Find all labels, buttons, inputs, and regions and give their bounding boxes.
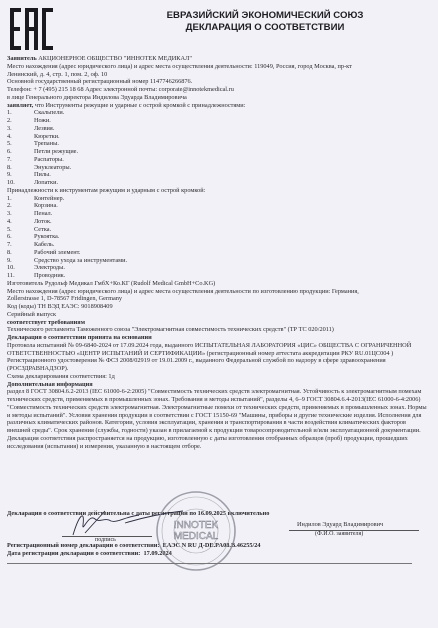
tn-ved-code: Код (коды) ТН ВЭД ЕАЭС: 9018908409 <box>7 303 427 311</box>
applicant-contacts: Телефон: + 7 (495) 215 18 68 Адрес элект… <box>7 86 427 94</box>
serial-release: Серийный выпуск <box>7 311 427 319</box>
requirements-heading: соответствует требованиям <box>7 319 427 327</box>
list-item: 4.Кюретки. <box>7 133 427 141</box>
list-item: 8.Энуклеаторы. <box>7 164 427 172</box>
svg-text:INNOTEK: INNOTEK <box>174 520 219 531</box>
list-item: 6.Рукоятка. <box>7 233 427 241</box>
name-caption: (Ф.И.О. заявителя) <box>315 531 363 539</box>
union-title: ЕВРАЗИЙСКИЙ ЭКОНОМИЧЕСКИЙ СОЮЗ <box>120 10 410 22</box>
accessories-heading: Принадлежности к инструментам режущим и … <box>7 187 427 195</box>
accessory-list: 1.Контейнер. 2.Корзина. 3.Пенал. 4.Лоток… <box>7 195 427 280</box>
list-item: 1.Скальпели. <box>7 109 427 117</box>
declaration-page: ЕВРАЗИЙСКИЙ ЭКОНОМИЧЕСКИЙ СОЮЗ ДЕКЛАРАЦИ… <box>0 0 438 628</box>
instrument-list: 1.Скальпели. 2.Ножи. 3.Лезвия. 4.Кюретки… <box>7 109 427 187</box>
list-item: 9.Пилы. <box>7 171 427 179</box>
list-item: 10.Лопатки. <box>7 179 427 187</box>
list-item: 5.Трепаны. <box>7 140 427 148</box>
list-item: 3.Лезвия. <box>7 125 427 133</box>
list-item: 9.Средство ухода за инструментами. <box>7 257 427 265</box>
manufacturer-line: Изготовитель Рудольф Медикал ГмбХ+Ко.КГ … <box>7 280 427 288</box>
svg-text:MEDICAL: MEDICAL <box>174 531 219 542</box>
list-item: 3.Пенал. <box>7 210 427 218</box>
signatory-name: Индилов Эдуард Владимирович <box>297 521 383 529</box>
list-item: 1.Контейнер. <box>7 195 427 203</box>
applicant-line: Заявитель АКЦИОНЕРНОЕ ОБЩЕСТВО "ИННОТЕК … <box>7 55 427 63</box>
list-item: 7.Кабель. <box>7 241 427 249</box>
applicant-ogrn: Основной государственный регистрационный… <box>7 78 427 86</box>
company-stamp-icon: INNOTEK MEDICAL <box>155 490 237 572</box>
manufacturer-address: Место нахождения (адрес юридического лиц… <box>7 288 427 296</box>
list-item: 2.Корзина. <box>7 202 427 210</box>
eac-mark-icon <box>10 8 54 50</box>
applicant-address: Место нахождения (адрес юридического лиц… <box>7 63 427 71</box>
applicant-address-cont: Ленинский, д. 4, стр. 1, пом. 2, оф. 10 <box>7 71 427 79</box>
manufacturer-address-cont: Zollerstrasse 1, D-78567 Fridingen, Germ… <box>7 295 427 303</box>
list-item: 5.Сетка. <box>7 226 427 234</box>
additional-heading: Дополнительная информация <box>7 381 427 389</box>
declaration-scheme: Схема декларирования соответствия: 1д <box>7 373 427 381</box>
declares-line: заявляет, что Инструменты режущие и удар… <box>7 102 427 110</box>
basis-registration: Регистрационного удостоверения № ФСЗ 200… <box>7 357 427 373</box>
basis-heading: Декларация о соответствии принята на осн… <box>7 334 427 342</box>
list-item: 4.Лоток. <box>7 218 427 226</box>
basis-protocol: Протокола испытаний № 09-6840-2024 от 17… <box>7 342 427 358</box>
additional-text: раздел 8 ГОСТ 30804.6.2-2013 (IEC 61000-… <box>7 388 427 450</box>
bottom-divider <box>7 563 412 564</box>
list-item: 7.Распаторы. <box>7 156 427 164</box>
document-title: ДЕКЛАРАЦИЯ О СООТВЕТСТВИИ <box>120 22 410 34</box>
list-item: 6.Петли режущие. <box>7 148 427 156</box>
list-item: 11.Проводник. <box>7 272 427 280</box>
list-item: 10.Электроды. <box>7 264 427 272</box>
applicant-representative: в лице Генерального директора Индилова Э… <box>7 94 427 102</box>
requirements-text: Технического регламента Таможенного союз… <box>7 326 427 334</box>
list-item: 2.Ножи. <box>7 117 427 125</box>
document-body: Заявитель АКЦИОНЕРНОЕ ОБЩЕСТВО "ИННОТЕК … <box>7 55 427 450</box>
list-item: 8.Рабочий элемент. <box>7 249 427 257</box>
document-header: ЕВРАЗИЙСКИЙ ЭКОНОМИЧЕСКИЙ СОЮЗ ДЕКЛАРАЦИ… <box>120 10 410 34</box>
